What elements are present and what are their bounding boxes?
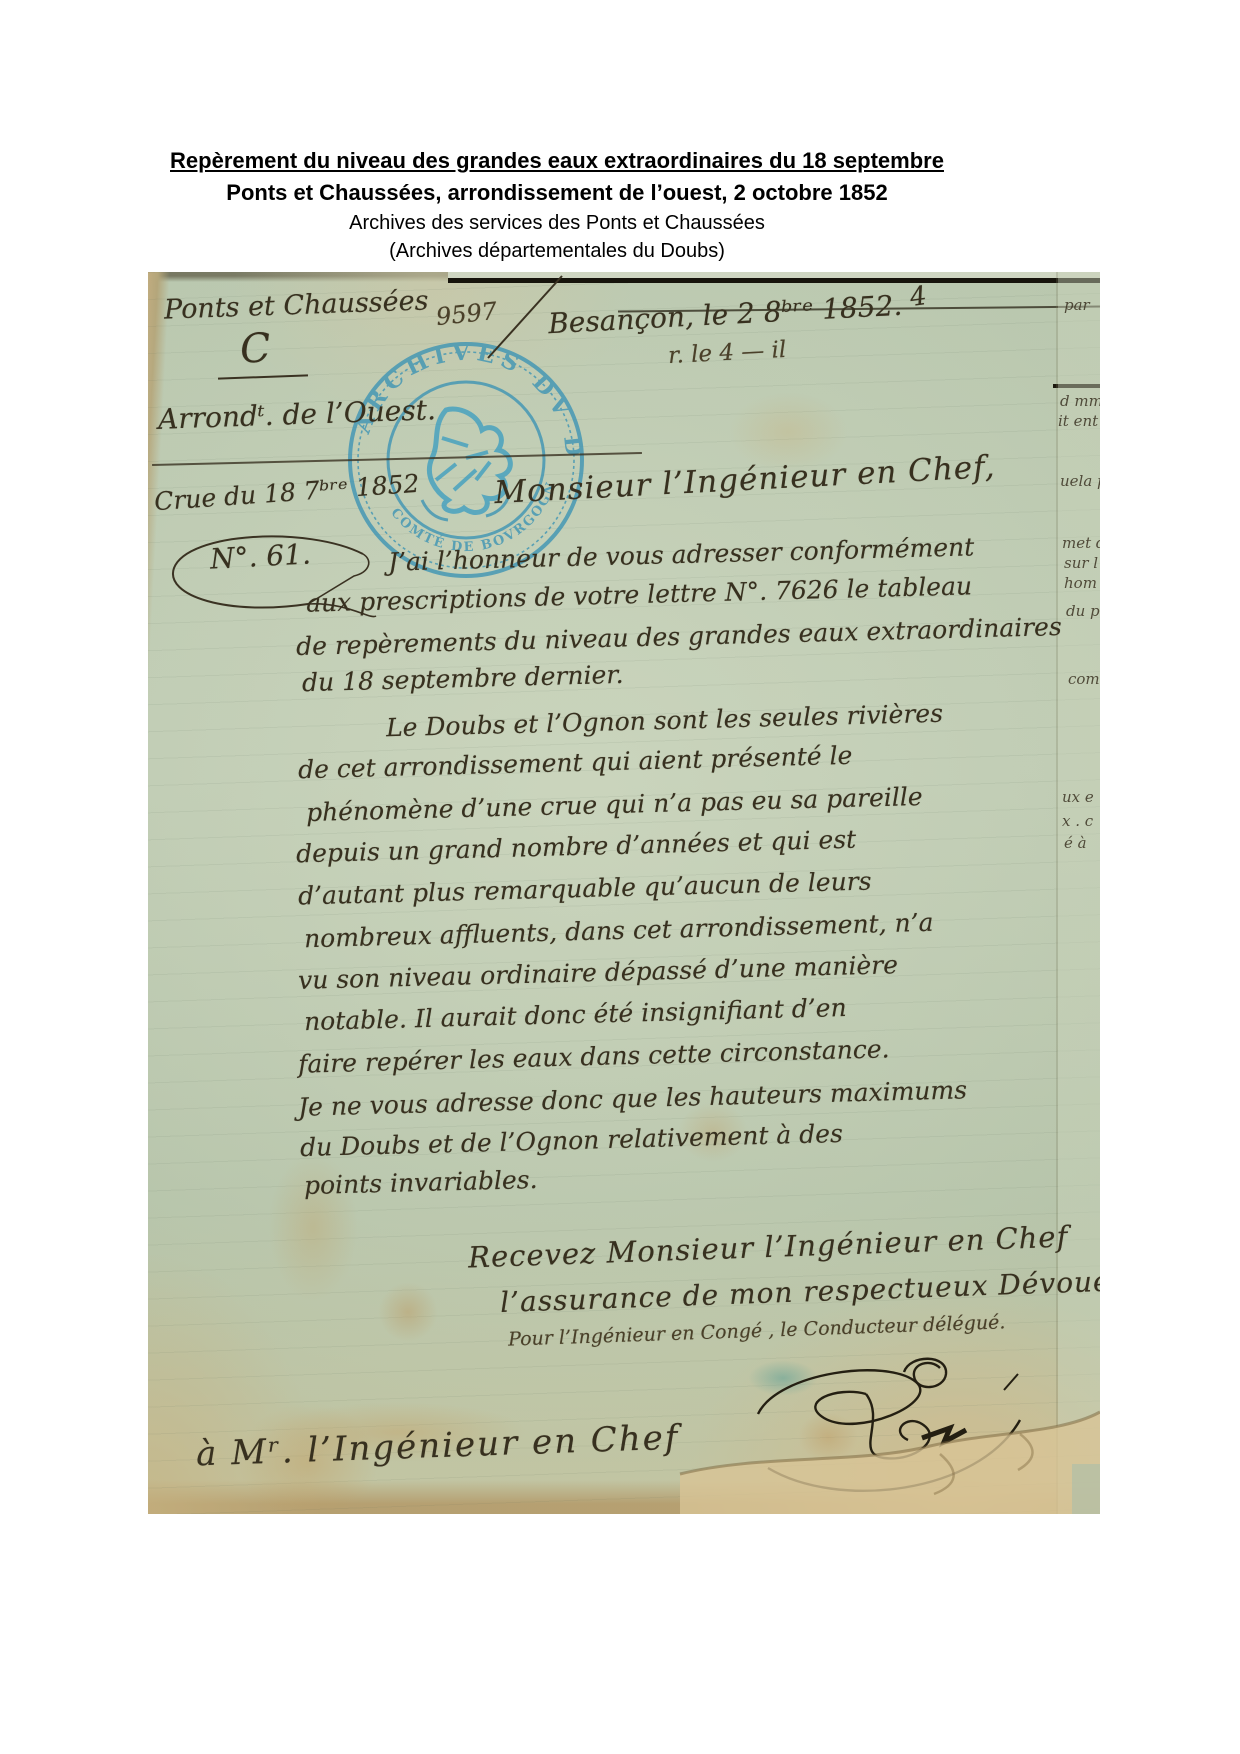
closing-line: l’assurance de mon respectueux Dévouemen… <box>500 1262 1100 1319</box>
paper-stain <box>378 1282 438 1342</box>
edge-fragment: par <box>1064 296 1090 314</box>
body-line: points invariables. <box>304 1165 538 1200</box>
body-line: du Doubs et de l’Ognon relativement à de… <box>300 1119 843 1162</box>
edge-fragment: uela p <box>1060 472 1100 490</box>
edge-bar <box>1053 384 1100 388</box>
body-line: phénomène d’une crue qui n’a pas eu sa p… <box>306 782 923 827</box>
edge-fragment: ux e <box>1062 788 1094 806</box>
page-mark: 4 <box>908 281 929 313</box>
scanned-document-page: Repèrement du niveau des grandes eaux ex… <box>0 0 1240 1754</box>
edge-fragment: x . c <box>1062 812 1093 830</box>
body-line: du 18 septembre dernier. <box>302 660 624 697</box>
dateline: Besançon, le 2 8ᵇʳᵉ 1852. <box>547 289 903 341</box>
caption-source: Archives des services des Ponts et Chaus… <box>0 212 1114 235</box>
caption-header: Repèrement du niveau des grandes eaux ex… <box>0 148 1114 263</box>
body-line: Le Doubs et l’Ognon sont les seules rivi… <box>386 699 944 743</box>
caption-subtitle: Ponts et Chaussées, arrondissement de l’… <box>0 180 1114 206</box>
edge-fragment: it ent <box>1058 412 1098 430</box>
body-line: nombreux affluents, dans cet arrondissem… <box>304 908 934 953</box>
body-line: de cet arrondissement qui aient présenté… <box>298 741 853 785</box>
address-line: à Mʳ. l’Ingénieur en Chef <box>195 1418 680 1475</box>
body-line: faire repérer les eaux dans cette circon… <box>298 1034 890 1078</box>
body-line: depuis un grand nombre d’années et qui e… <box>296 825 857 869</box>
edge-fragment: hom <box>1064 574 1097 592</box>
body-line: vu son niveau ordinaire dépassé d’une ma… <box>298 950 899 995</box>
body-line: d’autant plus remarquable qu’aucun de le… <box>298 866 872 910</box>
edge-fragment: sur l <box>1064 554 1098 572</box>
letter-number: N°. 61. <box>209 537 311 575</box>
reply-annotation: r. le 4 — il <box>667 337 787 369</box>
edge-fragment: é à <box>1064 834 1087 852</box>
edge-fragment: du p <box>1066 602 1100 620</box>
edge-fragment: com <box>1068 670 1100 688</box>
body-line: Je ne vous adresse donc que les hauteurs… <box>298 1075 968 1122</box>
service-heading: Ponts et Chaussées <box>164 285 429 325</box>
body-line: notable. Il aurait donc été insignifiant… <box>304 993 847 1036</box>
edge-fragment: d mm <box>1060 392 1100 410</box>
closing-line: Recevez Monsieur l’Ingénieur en Chef <box>468 1220 1069 1275</box>
caption-title: Repèrement du niveau des grandes eaux ex… <box>0 148 1114 174</box>
folded-corner <box>680 1394 1100 1514</box>
edge-fragment: met d <box>1062 534 1100 552</box>
paraph-flourish: C <box>238 325 272 373</box>
paraph-underline <box>218 374 308 379</box>
body-line: de repèrements du niveau des grandes eau… <box>296 612 1062 661</box>
letter-photograph: par d mm it ent uela p met d sur l hom d… <box>148 272 1100 1514</box>
caption-archive: (Archives départementales du Doubs) <box>0 240 1114 263</box>
underlying-sheet-right <box>1056 272 1100 1514</box>
